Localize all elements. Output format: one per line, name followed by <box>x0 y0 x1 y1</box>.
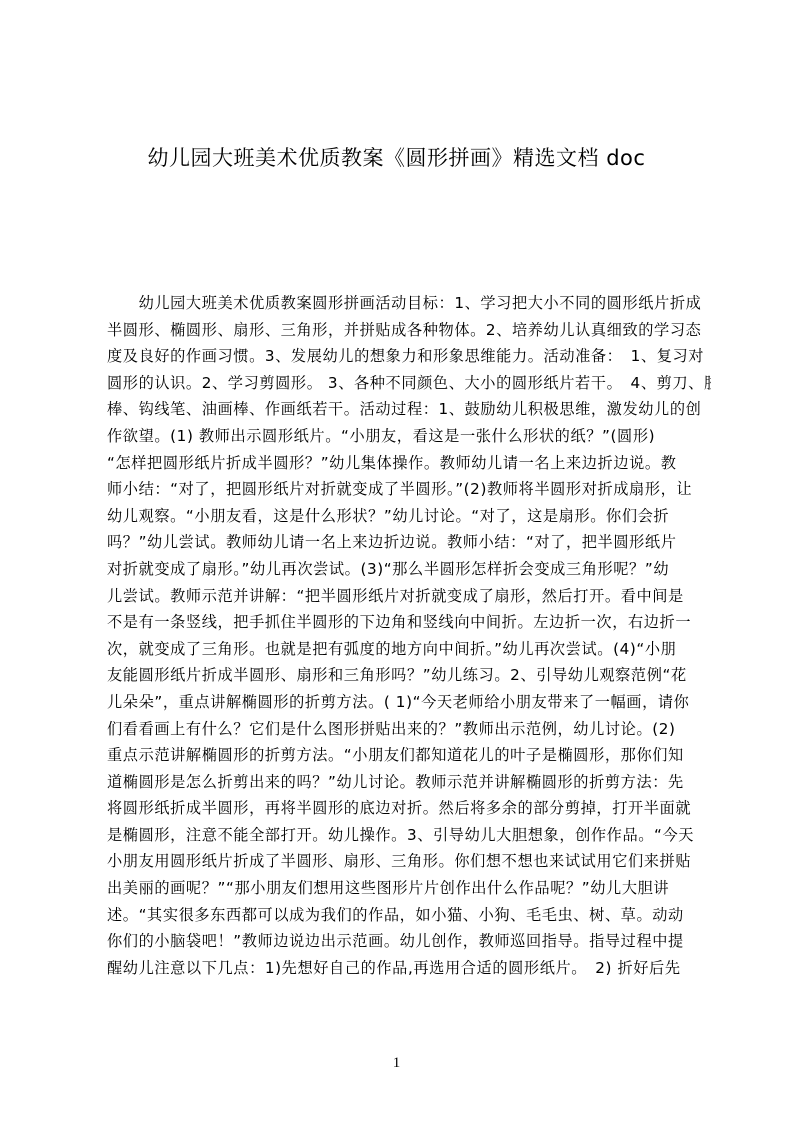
body-line: 儿尝试。教师示范并讲解：“把半圆形纸片对折就变成了扇形，然后打开。看中间是 <box>107 583 711 610</box>
body-line: 醒幼儿注意以下几点：1)先想好自己的作品,再选用合适的圆形纸片。 2) 折好后先 <box>107 955 711 982</box>
body-line: 将圆形纸折成半圆形，再将半圆形的底边对折。然后将多余的部分剪掉，打开半面就 <box>107 795 711 822</box>
body-line: 友能圆形纸片折成半圆形、扇形和三角形吗？”幼儿练习。2、引导幼儿观察范例“花 <box>107 662 711 689</box>
body-line: 幼儿园大班美术优质教案圆形拼画活动目标：1、学习把大小不同的圆形纸片折成 <box>107 290 711 317</box>
body-line: 圆形的认识。2、学习剪圆形。 3、各种不同颜色、大小的圆形纸片若干。 4、剪刀、… <box>107 370 711 397</box>
body-line: “怎样把圆形纸片折成半圆形？”幼儿集体操作。教师幼儿请一名上来边折边说。教 <box>107 450 711 477</box>
document-title: 幼儿园大班美术优质教案《圆形拼画》精选文档 doc <box>0 142 793 172</box>
body-line: 度及良好的作画习惯。3、发展幼儿的想象力和形象思维能力。活动准备： 1、复习对 <box>107 343 711 370</box>
body-line: 作欲望。(1) 教师出示圆形纸片。“小朋友，看这是一张什么形状的纸？”(圆形) <box>107 423 711 450</box>
body-line: 是椭圆形，注意不能全部打开。幼儿操作。3、引导幼儿大胆想象，创作作品。“今天 <box>107 822 711 849</box>
body-line: 师小结：“对了，把圆形纸片对折就变成了半圆形。”(2)教师将半圆形对折成扇形，让 <box>107 476 711 503</box>
document-body: 幼儿园大班美术优质教案圆形拼画活动目标：1、学习把大小不同的圆形纸片折成半圆形、… <box>107 290 711 981</box>
body-line: 道椭圆形是怎么折剪出来的吗？”幼儿讨论。教师示范并讲解椭圆形的折剪方法：先 <box>107 769 711 796</box>
body-line: 棒、钩线笔、油画棒、作画纸若干。活动过程：1、鼓励幼儿积极思维，激发幼儿的创 <box>107 396 711 423</box>
body-line: 幼儿观察。“小朋友看，这是什么形状？”幼儿讨论。“对了，这是扇形。你们会折 <box>107 503 711 530</box>
body-line: 次，就变成了三角形。也就是把有弧度的地方向中间折。”幼儿再次尝试。(4)“小朋 <box>107 636 711 663</box>
body-line: 吗？”幼儿尝试。教师幼儿请一名上来边折边说。教师小结：“对了，把半圆形纸片 <box>107 529 711 556</box>
body-line: 重点示范讲解椭圆形的折剪方法。“小朋友们都知道花儿的叶子是椭圆形，那你们知 <box>107 742 711 769</box>
body-line: 儿朵朵”，重点讲解椭圆形的折剪方法。( 1)“今天老师给小朋友带来了一幅画，请你 <box>107 689 711 716</box>
body-line: 对折就变成了扇形。”幼儿再次尝试。(3)“那么半圆形怎样折会变成三角形呢？”幼 <box>107 556 711 583</box>
body-line: 述。“其实很多东西都可以成为我们的作品，如小猫、小狗、毛毛虫、树、草。动动 <box>107 902 711 929</box>
page-number: 1 <box>0 1055 793 1072</box>
body-line: 出美丽的画呢？”“那小朋友们想用这些图形片片创作出什么作品呢？”幼儿大胆讲 <box>107 875 711 902</box>
body-line: 不是有一条竖线，把手抓住半圆形的下边角和竖线向中间折。左边折一次，右边折一 <box>107 609 711 636</box>
body-line: 你们的小脑袋吧！”教师边说边出示范画。幼儿创作，教师巡回指导。指导过程中提 <box>107 928 711 955</box>
body-line: 小朋友用圆形纸片折成了半圆形、扇形、三角形。你们想不想也来试试用它们来拼贴 <box>107 848 711 875</box>
body-line: 们看看画上有什么？它们是什么图形拼贴出来的？”教师出示范例，幼儿讨论。(2) <box>107 716 711 743</box>
body-line: 半圆形、椭圆形、扇形、三角形，并拼贴成各种物体。2、培养幼儿认真细致的学习态 <box>107 317 711 344</box>
